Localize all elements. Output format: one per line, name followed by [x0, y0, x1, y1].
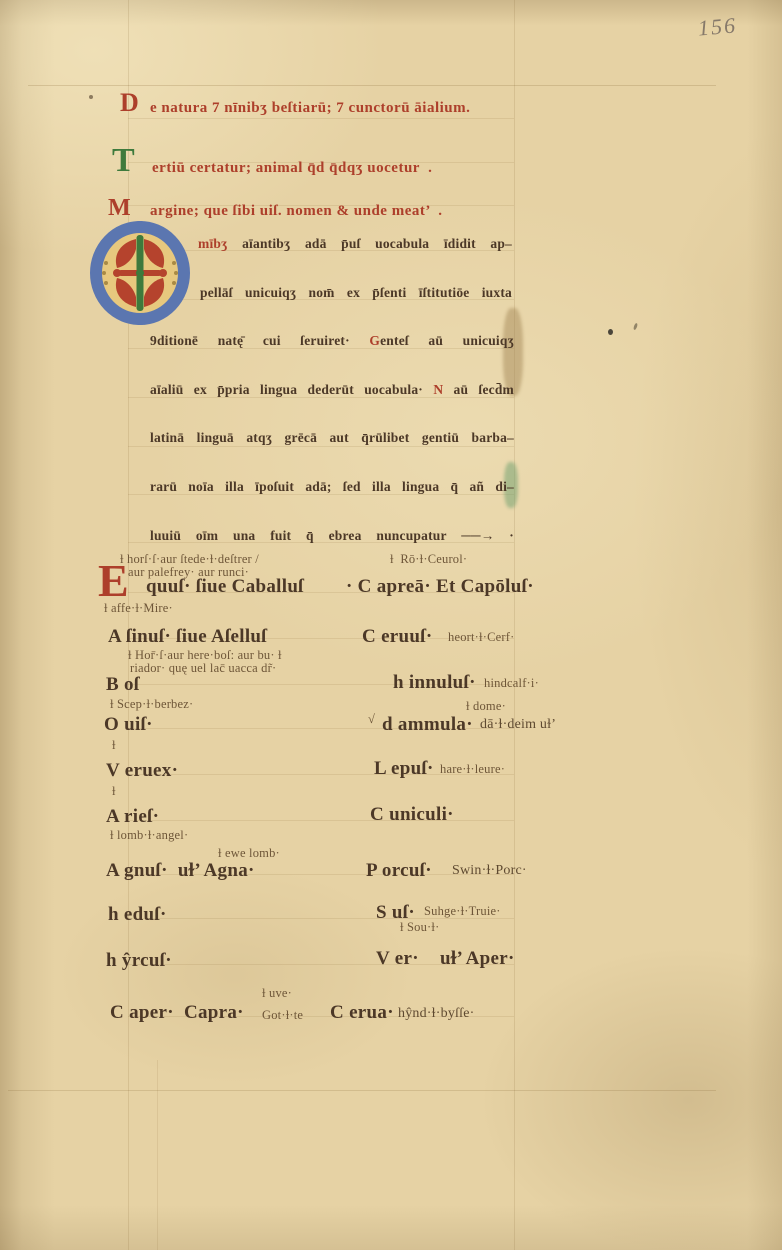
lexicon-entry: P orcuſ·	[366, 860, 432, 882]
ruling-line	[128, 118, 514, 119]
interlinear-gloss: ɫ dome·	[466, 699, 506, 714]
ruling-line	[128, 820, 514, 821]
interlinear-gloss: hindcalf·i·	[484, 676, 539, 691]
inline-red-initial: mībʒ	[198, 236, 242, 251]
ruling-line	[157, 1060, 158, 1250]
interlinear-gloss: Suhge·ɫ·Truie·	[424, 904, 501, 919]
lexicon-entry: h innuluſ·	[393, 672, 476, 694]
paragraph-line: aīaliū ex p̄pria lingua dederūt uocabula…	[150, 382, 514, 398]
ruling-line	[8, 1090, 716, 1091]
rubric-line-text: argine; que ſibi uiſ. nomen & unde meat’…	[150, 203, 442, 220]
text-segment: aū ſecd̄m	[443, 382, 514, 397]
lexicon-entry: h ŷrcuſ·	[106, 950, 172, 972]
rubric-line-text: ertiū certatur; animal q̄d q̄dqʒ uocetur…	[152, 160, 432, 177]
interlinear-gloss: dā·ɫ·deim uɫ’	[480, 717, 556, 733]
interlinear-gloss: ɫ affe·ɫ·Mire·	[104, 601, 173, 616]
ruling-line	[28, 85, 716, 86]
paragraph-line: rarū noīa illa īpoſuit adā; ſed illa lin…	[150, 479, 514, 495]
inline-red-initial: G	[369, 333, 380, 348]
rubric-initial: T	[112, 144, 135, 178]
text-segment: rarū noīa illa īpoſuit adā; ſed illa lin…	[150, 479, 514, 494]
interlinear-gloss: ɫ Rō·ɫ·Ceurol·	[390, 552, 467, 567]
lexicon-entry: · C apreā· Et Capōluſ·	[346, 576, 534, 598]
interlinear-gloss: Swin·ɫ·Porc·	[452, 863, 527, 879]
ruling-line	[128, 0, 129, 1250]
rubric-initial: M	[108, 196, 131, 220]
lexicon-entry: C aper· Capra·	[110, 1002, 244, 1024]
rubric-line-text: e natura 7 nīnibʒ beſtiarū; 7 cunctorū ā…	[150, 100, 470, 117]
lexicon-entry: d ammula·	[382, 714, 473, 736]
lexicon-entry: O uiſ·	[104, 714, 153, 736]
list-initial-e: E	[98, 558, 129, 604]
inline-red-initial: N	[433, 382, 443, 397]
text-segment: 9ditionē natę̄ cui ſeruiret·	[150, 333, 369, 348]
lexicon-entry: L epuſ·	[374, 758, 434, 780]
dot-mark	[89, 95, 93, 99]
text-segment: latinā linguā atqʒ grēcā aut q̄rūlibet g…	[150, 430, 514, 445]
lexicon-entry: B oſ	[106, 674, 139, 696]
text-segment: luuiū oīm una fuit q̄ ebrea nuncupatur ─…	[150, 528, 514, 543]
interlinear-gloss: ɫ Sou·ɫ·	[400, 920, 439, 935]
interlinear-gloss: ɫ	[112, 784, 116, 799]
interlinear-gloss: ɫ Scep·ɫ·berbez·	[110, 697, 193, 712]
ruling-line	[514, 0, 515, 1250]
paragraph-line: latinā linguā atqʒ grēcā aut q̄rūlibet g…	[150, 430, 514, 446]
interlinear-gloss: hŷnd·ɫ·byſſe·	[398, 1006, 474, 1022]
decorated-initial-o	[90, 221, 190, 325]
interlinear-gloss: ɫ lomb·ɫ·angel·	[110, 828, 188, 843]
text-segment: enteſ aū unicuiqʒ	[380, 333, 514, 348]
interlinear-gloss: Got·ɫ·te	[262, 1008, 303, 1023]
interlinear-gloss: heort·ɫ·Cerf·	[448, 630, 514, 645]
lexicon-entry: C eruuſ·	[362, 626, 433, 648]
lexicon-entry: V eruex·	[106, 760, 178, 782]
lexicon-entry: C uniculi·	[370, 804, 454, 826]
lexicon-entry: h eduſ·	[108, 904, 167, 926]
lexicon-entry: C erua·	[330, 1002, 394, 1024]
text-segment: aīantibʒ adā p̄uſ uocabula īdidit ap–	[242, 236, 512, 251]
rubric-initial: D	[120, 90, 139, 116]
lexicon-entry: uɫ’ Aper·	[440, 948, 515, 970]
lexicon-entry: quuſ· ſiue Caballuſ	[146, 576, 304, 598]
text-segment: pellāſ unicuiqʒ nom̄ ex p̄ſenti īſtituti…	[200, 285, 512, 300]
interlinear-gloss: ɫ ewe lomb·	[218, 846, 280, 861]
lexicon-entry: A rieſ·	[106, 806, 159, 828]
interlinear-gloss: ɫ uve·	[262, 986, 292, 1001]
paragraph-line: luuiū oīm una fuit q̄ ebrea nuncupatur ─…	[150, 528, 514, 544]
paragraph-line: pellāſ unicuiqʒ nom̄ ex p̄ſenti īſtituti…	[200, 285, 512, 301]
folio-number: 156	[697, 12, 738, 41]
lexicon-entry: A ſinuſ· ſiue Aſelluſ	[108, 626, 267, 648]
lexicon-entry: V er·	[376, 948, 419, 970]
ink-speck	[608, 329, 613, 335]
paragraph-line: 9ditionē natę̄ cui ſeruiret· Genteſ aū u…	[150, 333, 514, 349]
small-mark	[633, 323, 638, 331]
interlinear-gloss: riador· quę uel lac̄ uacca dr̃·	[130, 661, 276, 676]
lexicon-entry: A gnuſ· uɫ’ Agna·	[106, 860, 255, 882]
interlinear-gloss: √	[368, 712, 375, 727]
text-segment: aīaliū ex p̄pria lingua dederūt uocabula…	[150, 382, 433, 397]
manuscript-page: 156 De natura 7 nīnibʒ beſtiarū; 7 cunct…	[0, 0, 782, 1250]
interlinear-gloss: hare·ɫ·leure·	[440, 762, 505, 777]
paragraph-line: mībʒ aīantibʒ adā p̄uſ uocabula īdidit a…	[198, 236, 512, 252]
interlinear-gloss: ɫ	[112, 738, 116, 753]
